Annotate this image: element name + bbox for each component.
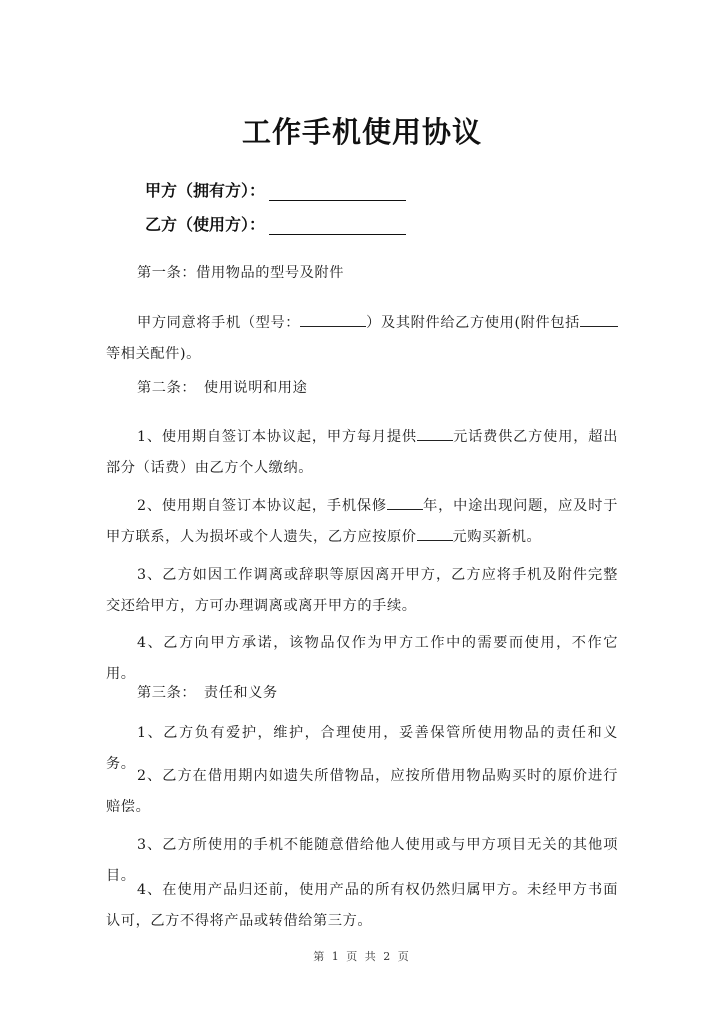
section-2-paragraph-1: 1、使用期自签订本协议起，甲方每月提供元话费供乙方使用，超出部分（话费）由乙方个…: [106, 422, 618, 484]
party-a-label: 甲方（拥有方）：: [145, 178, 265, 201]
text-segment: 甲方同意将手机（型号：: [137, 315, 300, 331]
party-a-blank: [269, 184, 406, 201]
section-2-paragraph-3: 3、乙方如因工作调离或辞职等原因离开甲方，乙方应将手机及附件完整交还给甲方，方可…: [106, 560, 618, 622]
section-3-paragraph-2: 2、乙方在借用期内如遗失所借物品，应按所借用物品购买时的原价进行赔偿。: [106, 761, 618, 823]
section-3-heading: 第三条： 责任和义务: [137, 682, 278, 702]
text-segment: 等相关配件)。: [106, 346, 201, 362]
section-3-paragraph-4: 4、在使用产品归还前，使用产品的所有权仍然归属甲方。未经甲方书面认可，乙方不得将…: [106, 875, 618, 937]
party-b-label: 乙方（使用方）：: [145, 212, 265, 235]
party-b-blank: [269, 218, 406, 235]
section-1-heading: 第一条：借用物品的型号及附件: [137, 262, 344, 282]
price-blank: [417, 528, 453, 541]
text-segment: 元购买新机。: [453, 529, 542, 545]
accessories-blank: [580, 314, 618, 327]
text-segment: ）及其附件给乙方使用(附件包括: [366, 315, 580, 331]
warranty-years-blank: [387, 497, 423, 510]
party-b-line: 乙方（使用方）：: [145, 212, 406, 235]
section-2-paragraph-2: 2、使用期自签订本协议起，手机保修年，中途出现问题，应及时于甲方联系，人为损坏或…: [106, 491, 618, 553]
section-2-paragraph-4: 4、乙方向甲方承诺，该物品仅作为甲方工作中的需要而使用，不作它用。: [106, 628, 618, 690]
section-2-heading: 第二条： 使用说明和用途: [137, 377, 307, 397]
text-segment: 1、使用期自签订本协议起，甲方每月提供: [137, 429, 417, 445]
text-segment: 2、使用期自签订本协议起，手机保修: [137, 498, 387, 514]
section-1-paragraph-1: 甲方同意将手机（型号：）及其附件给乙方使用(附件包括等相关配件)。: [106, 308, 618, 370]
document-title: 工作手机使用协议: [0, 110, 724, 151]
document-page: 工作手机使用协议 甲方（拥有方）： 乙方（使用方）： 第一条：借用物品的型号及附…: [0, 0, 724, 1024]
phone-fee-blank: [417, 428, 453, 441]
page-number-footer: 第 1 页 共 2 页: [0, 948, 724, 964]
party-a-line: 甲方（拥有方）：: [145, 178, 406, 201]
model-blank: [300, 314, 366, 327]
